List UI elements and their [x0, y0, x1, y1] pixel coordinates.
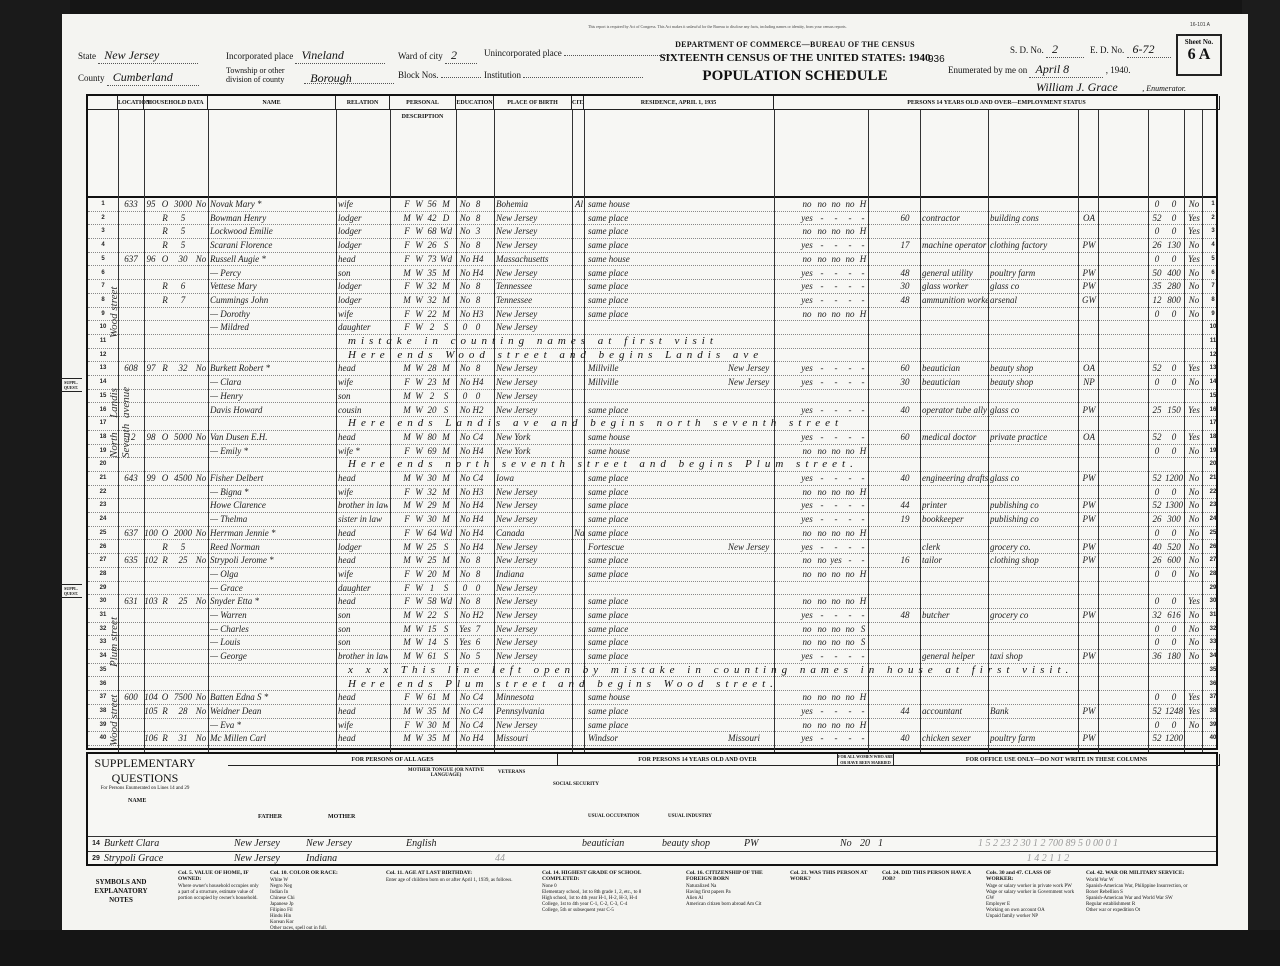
note-col30: Cols. 30 and 47. CLASS OF WORKER:Wage or…: [986, 870, 1078, 920]
state-field: State New Jersey: [78, 48, 198, 64]
at-work-cell: yes: [800, 609, 814, 622]
school-cell: No: [458, 212, 472, 225]
public-work-cell: -: [830, 431, 842, 444]
marital-status-cell: M: [438, 691, 454, 704]
sex-cell: M: [402, 404, 412, 417]
income-cell: 0: [1164, 636, 1184, 649]
has-job-cell: -: [844, 705, 856, 718]
table-row: 3131— WarrensonMW22SNoH2New Jerseysame p…: [88, 609, 1216, 623]
table-row: 3636Here ends Plum street and begins Woo…: [88, 678, 1216, 692]
public-work-cell: -: [830, 376, 842, 389]
residence-1935-cell: same place: [588, 595, 662, 608]
table-row: 2323Howe Clarencebrother in lawMW29MNoH4…: [88, 499, 1216, 513]
supp-col-name: NAME: [128, 798, 146, 804]
grade-cell: 0: [472, 582, 484, 595]
public-work-cell: -: [830, 732, 842, 745]
birthplace-cell: New Jersey: [496, 719, 566, 732]
grade-cell: H4: [472, 376, 484, 389]
line-number: 11: [1204, 335, 1222, 348]
grade-cell: H2: [472, 609, 484, 622]
name-cell: — Eva *: [210, 719, 336, 732]
residence-1935-cell: same place: [588, 267, 662, 280]
table-row: 3232— CharlessonMW15SYes7New Jerseysame …: [88, 623, 1216, 637]
race-cell: W: [414, 376, 424, 389]
has-job-cell: no: [844, 568, 856, 581]
name-cell: — Charles: [210, 623, 336, 636]
age-cell: 22: [426, 308, 438, 321]
industry-cell: poultry farm: [990, 732, 1078, 745]
class-of-worker-cell: PW: [1080, 705, 1098, 718]
birthplace-cell: New Jersey: [496, 390, 566, 403]
marital-status-cell: M: [438, 486, 454, 499]
seeking-work-cell: -: [816, 294, 828, 307]
school-cell: No: [458, 431, 472, 444]
hours-cell: 48: [894, 609, 916, 622]
race-cell: W: [414, 595, 424, 608]
class-of-worker-cell: OA: [1080, 362, 1098, 375]
sex-cell: M: [402, 732, 412, 745]
seeking-work-cell: no: [816, 527, 828, 540]
age-cell: 32: [426, 294, 438, 307]
name-cell: Fisher Delbert: [210, 472, 336, 485]
marital-status-cell: M: [438, 499, 454, 512]
income-cell: 1300: [1164, 499, 1184, 512]
weeks-worked-cell: 0: [1150, 376, 1164, 389]
grade-cell: H4: [472, 499, 484, 512]
other-income-cell: Yes: [1186, 404, 1202, 417]
farm-flag-cell: No: [194, 705, 208, 718]
residence-1935-cell: same place: [588, 650, 662, 663]
industry-cell: beauty shop: [990, 376, 1078, 389]
other-income-cell: No: [1186, 486, 1202, 499]
street-label: Wood street: [108, 198, 120, 338]
table-row: 1414— ClarawifeFW23MNoH4New JerseyMillvi…: [88, 376, 1216, 390]
name-cell: Howe Clarence: [210, 499, 336, 512]
supplementary-marker: SUPPL. QUEST.: [60, 378, 82, 392]
marital-status-cell: M: [438, 705, 454, 718]
age-cell: 25: [426, 554, 438, 567]
marital-status-cell: Wd: [438, 225, 454, 238]
has-job-cell: no: [844, 527, 856, 540]
has-job-cell: -: [844, 513, 856, 526]
line-number: 7: [1204, 280, 1222, 293]
industry-cell: publishing co: [990, 499, 1078, 512]
public-work-cell: no: [830, 308, 842, 321]
race-cell: W: [414, 308, 424, 321]
group-personal: PERSONAL DESCRIPTION: [390, 96, 456, 110]
street-label: Plum street: [108, 472, 120, 667]
school-cell: No: [458, 362, 472, 375]
race-cell: W: [414, 212, 424, 225]
weeks-worked-cell: 52: [1150, 212, 1164, 225]
name-cell: Davis Howard: [210, 404, 336, 417]
relation-cell: lodger: [338, 294, 388, 307]
birthplace-cell: Tennessee: [496, 294, 566, 307]
relation-cell: brother in law: [338, 499, 388, 512]
sex-cell: F: [402, 253, 412, 266]
other-income-cell: Yes: [1186, 691, 1202, 704]
age-cell: 64: [426, 527, 438, 540]
marital-status-cell: M: [438, 294, 454, 307]
grade-cell: H4: [472, 253, 484, 266]
name-cell: Novak Mary *: [210, 198, 336, 211]
supplementary-title: SUPPLEMENTARY QUESTIONS For Persons Enum…: [88, 754, 202, 791]
grade-cell: 8: [472, 280, 484, 293]
family-number-cell: 102: [144, 554, 158, 567]
citizenship-cell: Na: [574, 527, 584, 540]
public-work-cell: no: [830, 445, 842, 458]
activity-cell: H: [858, 595, 868, 608]
occupation-cell: machine operator: [922, 239, 988, 252]
hours-cell: 48: [894, 267, 916, 280]
enumerator-note: Here ends north seventh street and begin…: [348, 458, 858, 471]
has-job-cell: no: [844, 691, 856, 704]
table-row: 3030631103R25NoSnyder Etta *headFW58WdNo…: [88, 595, 1216, 609]
marital-status-cell: M: [438, 198, 454, 211]
residence-1935-cell: same place: [588, 308, 662, 321]
farm-flag-cell: No: [194, 431, 208, 444]
class-of-worker-cell: PW: [1080, 554, 1098, 567]
race-cell: W: [414, 486, 424, 499]
table-row: 88R7Cummings JohnlodgerMW32MNo8Tennessee…: [88, 294, 1216, 308]
table-row: 22R5Bowman HenrylodgerMW42DNo8New Jersey…: [88, 212, 1216, 226]
weeks-worked-cell: 0: [1150, 198, 1164, 211]
other-income-cell: No: [1186, 719, 1202, 732]
other-income-cell: No: [1186, 568, 1202, 581]
at-work-cell: no: [800, 486, 814, 499]
seeking-work-cell: -: [816, 609, 828, 622]
name-cell: Van Dusen E.H.: [210, 431, 336, 444]
county-field: County Cumberland: [78, 70, 199, 86]
residence-1935-cell: same place: [588, 554, 662, 567]
supp-col-language: MOTHER TONGUE (OR NATIVE LANGUAGE): [406, 768, 486, 778]
race-cell: W: [414, 404, 424, 417]
relation-cell: wife: [338, 486, 388, 499]
weeks-worked-cell: 26: [1150, 239, 1164, 252]
group-birthplace: PLACE OF BIRTH: [494, 96, 572, 110]
grade-cell: 3: [472, 225, 484, 238]
name-cell: — Henry: [210, 390, 336, 403]
school-cell: 0: [458, 321, 472, 334]
weeks-worked-cell: 0: [1150, 623, 1164, 636]
other-income-cell: No: [1186, 294, 1202, 307]
activity-cell: -: [858, 239, 868, 252]
relation-cell: wife: [338, 719, 388, 732]
school-cell: No: [458, 595, 472, 608]
other-income-cell: No: [1186, 513, 1202, 526]
residence-state-cell: Missouri: [728, 732, 772, 745]
school-cell: No: [458, 499, 472, 512]
income-cell: 0: [1164, 225, 1184, 238]
occupation-cell: medical doctor: [922, 431, 988, 444]
class-of-worker-cell: PW: [1080, 541, 1098, 554]
name-cell: Vettese Mary: [210, 280, 336, 293]
relation-cell: head: [338, 705, 388, 718]
race-cell: W: [414, 582, 424, 595]
at-work-cell: yes: [800, 362, 814, 375]
name-cell: — Thelma: [210, 513, 336, 526]
at-work-cell: yes: [800, 376, 814, 389]
activity-cell: -: [858, 472, 868, 485]
public-work-cell: yes: [830, 554, 842, 567]
birthplace-cell: New Jersey: [496, 513, 566, 526]
income-cell: 800: [1164, 294, 1184, 307]
supp-office-cell: 1 4 2 1 1 2: [898, 852, 1198, 865]
explanatory-notes: SYMBOLS AND EXPLANATORY NOTES Col. 5. VA…: [86, 870, 1218, 928]
supp-father-cell: New Jersey: [234, 837, 304, 850]
class-of-worker-cell: PW: [1080, 404, 1098, 417]
grade-cell: 6: [472, 636, 484, 649]
age-cell: 35: [426, 267, 438, 280]
weeks-worked-cell: 52: [1150, 732, 1164, 745]
name-cell: Snyder Etta *: [210, 595, 336, 608]
residence-1935-cell: same house: [588, 431, 662, 444]
has-job-cell: no: [844, 198, 856, 211]
seeking-work-cell: -: [816, 239, 828, 252]
birthplace-cell: New Jersey: [496, 499, 566, 512]
has-job-cell: no: [844, 225, 856, 238]
has-job-cell: -: [844, 472, 856, 485]
residence-1935-cell: same house: [588, 198, 662, 211]
class-of-worker-cell: PW: [1080, 732, 1098, 745]
income-cell: 130: [1164, 239, 1184, 252]
age-cell: 30: [426, 472, 438, 485]
class-of-worker-cell: PW: [1080, 239, 1098, 252]
table-row: 3535x x x This line left open by mistake…: [88, 664, 1216, 678]
symbols-heading: SYMBOLS AND EXPLANATORY NOTES: [86, 878, 156, 905]
occupation-cell: operator tube ally: [922, 404, 988, 417]
residence-1935-cell: Fortescue: [588, 541, 662, 554]
note-col5: Col. 5. VALUE OF HOME, IF OWNED:Where ow…: [178, 870, 260, 902]
line-number: 37: [1204, 691, 1222, 704]
birthplace-cell: New York: [496, 445, 566, 458]
seeking-work-cell: -: [816, 472, 828, 485]
has-job-cell: no: [844, 636, 856, 649]
residence-1935-cell: same place: [588, 513, 662, 526]
industry-cell: clothing shop: [990, 554, 1078, 567]
birthplace-cell: New Jersey: [496, 609, 566, 622]
residence-1935-cell: same place: [588, 705, 662, 718]
public-work-cell: no: [830, 719, 842, 732]
marital-status-cell: M: [438, 362, 454, 375]
hours-cell: 40: [894, 732, 916, 745]
table-row: 1515— HenrysonMW2S00New Jersey: [88, 390, 1216, 404]
supp-col-usual-industry: USUAL INDUSTRY: [668, 814, 712, 819]
farm-flag-cell: No: [194, 472, 208, 485]
race-cell: W: [414, 719, 424, 732]
family-number-cell: 97: [144, 362, 158, 375]
public-work-cell: -: [830, 404, 842, 417]
school-cell: No: [458, 308, 472, 321]
table-row: 2929— GracedaughterFW1S00New Jersey: [88, 582, 1216, 596]
supp-office-header: FOR OFFICE USE ONLY—DO NOT WRITE IN THES…: [894, 754, 1220, 766]
sex-cell: F: [402, 486, 412, 499]
tenure-cell: O: [160, 527, 170, 540]
race-cell: W: [414, 554, 424, 567]
farm-flag-cell: No: [194, 554, 208, 567]
hours-cell: 60: [894, 431, 916, 444]
has-job-cell: no: [844, 445, 856, 458]
farm-flag-cell: No: [194, 732, 208, 745]
relation-cell: wife *: [338, 445, 388, 458]
relation-cell: son: [338, 609, 388, 622]
has-job-cell: no: [844, 623, 856, 636]
public-work-cell: -: [830, 472, 842, 485]
school-cell: No: [458, 541, 472, 554]
school-cell: No: [458, 486, 472, 499]
at-work-cell: no: [800, 568, 814, 581]
grade-cell: H4: [472, 732, 484, 745]
at-work-cell: yes: [800, 239, 814, 252]
race-cell: W: [414, 499, 424, 512]
marital-status-cell: D: [438, 212, 454, 225]
farm-flag-cell: No: [194, 198, 208, 211]
age-cell: 2: [426, 390, 438, 403]
grade-cell: H3: [472, 308, 484, 321]
income-cell: 0: [1164, 568, 1184, 581]
school-cell: No: [458, 267, 472, 280]
family-number-cell: 100: [144, 527, 158, 540]
school-cell: No: [458, 280, 472, 293]
other-income-cell: No: [1186, 541, 1202, 554]
has-job-cell: -: [844, 431, 856, 444]
weeks-worked-cell: 0: [1150, 253, 1164, 266]
weeks-worked-cell: 0: [1150, 527, 1164, 540]
seeking-work-cell: no: [816, 198, 828, 211]
birthplace-cell: New Jersey: [496, 595, 566, 608]
note-col14: Col. 14. HIGHEST GRADE OF SCHOOL COMPLET…: [542, 870, 674, 914]
scan-border-left: [0, 0, 70, 966]
class-of-worker-cell: PW: [1080, 472, 1098, 485]
line-number: 26: [1204, 541, 1222, 554]
marital-status-cell: M: [438, 513, 454, 526]
grade-cell: 7: [472, 623, 484, 636]
line-number: 17: [94, 417, 112, 430]
has-job-cell: -: [844, 212, 856, 225]
group-location: LOCATION: [118, 96, 144, 110]
sd-field: S. D. No. 2: [1010, 42, 1084, 58]
school-cell: No: [458, 554, 472, 567]
note-col42: Col. 42. WAR OR MILITARY SERVICE:World W…: [1086, 870, 1196, 914]
class-of-worker-cell: PW: [1080, 609, 1098, 622]
class-of-worker-cell: PW: [1080, 499, 1098, 512]
weeks-worked-cell: 0: [1150, 225, 1164, 238]
at-work-cell: yes: [800, 267, 814, 280]
occupation-cell: tailor: [922, 554, 988, 567]
hours-cell: 44: [894, 499, 916, 512]
line-number: 22: [1204, 486, 1222, 499]
income-cell: 0: [1164, 486, 1184, 499]
line-number: 6: [1204, 267, 1222, 280]
race-cell: W: [414, 609, 424, 622]
activity-cell: H: [858, 308, 868, 321]
residence-1935-cell: same place: [588, 280, 662, 293]
home-value-cell: 25: [172, 595, 194, 608]
tenure-cell: O: [160, 472, 170, 485]
citizenship-cell: Al: [574, 198, 584, 211]
at-work-cell: no: [800, 253, 814, 266]
occupation-cell: clerk: [922, 541, 988, 554]
race-cell: W: [414, 431, 424, 444]
income-cell: 520: [1164, 541, 1184, 554]
sex-cell: F: [402, 527, 412, 540]
sex-cell: F: [402, 719, 412, 732]
line-number: 12: [94, 349, 112, 362]
line-number: 15: [1204, 390, 1222, 403]
grade-cell: H3: [472, 486, 484, 499]
line-number: 29: [1204, 582, 1222, 595]
seeking-work-cell: -: [816, 280, 828, 293]
income-cell: 0: [1164, 623, 1184, 636]
activity-cell: -: [858, 294, 868, 307]
age-cell: 69: [426, 445, 438, 458]
age-cell: 26: [426, 239, 438, 252]
at-work-cell: no: [800, 225, 814, 238]
enumerator-note: Here ends Plum street and begins Wood st…: [348, 678, 778, 691]
hours-cell: 48: [894, 294, 916, 307]
industry-cell: glass co: [990, 404, 1078, 417]
home-value-cell: 5: [172, 239, 194, 252]
home-value-cell: 2000: [172, 527, 194, 540]
birthplace-cell: New Jersey: [496, 321, 566, 334]
line-number: 32: [1204, 623, 1222, 636]
seeking-work-cell: -: [816, 267, 828, 280]
weeks-worked-cell: 50: [1150, 267, 1164, 280]
institution-field: Institution: [484, 70, 643, 80]
line-number: 34: [1204, 650, 1222, 663]
marital-status-cell: M: [438, 554, 454, 567]
supp-col-usual-occupation: USUAL OCCUPATION: [588, 814, 639, 819]
table-row: 2828— OlgawifeFW20MNo8Indianasame placen…: [88, 568, 1216, 582]
line-number: 28: [1204, 568, 1222, 581]
note-col21: Col. 21. WAS THIS PERSON AT WORK?: [790, 870, 874, 884]
income-cell: 150: [1164, 404, 1184, 417]
table-row: 18181298O5000NoVan Dusen E.H.headMW80MNo…: [88, 431, 1216, 445]
grade-cell: C4: [472, 431, 484, 444]
line-number: 38: [1204, 705, 1222, 718]
activity-cell: -: [858, 541, 868, 554]
house-number-cell: 631: [120, 595, 142, 608]
marital-status-cell: S: [438, 636, 454, 649]
line-number: 13: [1204, 362, 1222, 375]
tenure-cell: R: [160, 554, 170, 567]
table-row: 77R6Vettese MarylodgerFW32MNo8Tennessees…: [88, 280, 1216, 294]
sex-cell: M: [402, 705, 412, 718]
class-of-worker-cell: PW: [1080, 280, 1098, 293]
public-work-cell: -: [830, 609, 842, 622]
income-cell: 0: [1164, 719, 1184, 732]
supp-women-header: FOR ALL WOMEN WHO ARE OR HAVE BEEN MARRI…: [838, 754, 894, 766]
has-job-cell: -: [844, 732, 856, 745]
table-row: 44R5Scarani FlorencelodgerFW26SNo8New Je…: [88, 239, 1216, 253]
tenure-cell: R: [160, 541, 170, 554]
name-cell: Bowman Henry: [210, 212, 336, 225]
occupation-cell: ammunition worker: [922, 294, 988, 307]
other-income-cell: Yes: [1186, 212, 1202, 225]
hours-cell: 60: [894, 212, 916, 225]
name-cell: Weidner Dean: [210, 705, 336, 718]
occupation-cell: contractor: [922, 212, 988, 225]
home-value-cell: 25: [172, 554, 194, 567]
industry-cell: beauty shop: [990, 362, 1078, 375]
name-cell: — Warren: [210, 609, 336, 622]
public-work-cell: no: [830, 198, 842, 211]
title-block: DEPARTMENT OF COMMERCE—BUREAU OF THE CEN…: [630, 40, 960, 85]
supplementary-row: 29Strypoli GraceNew JerseyIndiana441 4 2…: [88, 851, 1216, 866]
at-work-cell: no: [800, 198, 814, 211]
name-cell: Russell Augie *: [210, 253, 336, 266]
seeking-work-cell: no: [816, 225, 828, 238]
